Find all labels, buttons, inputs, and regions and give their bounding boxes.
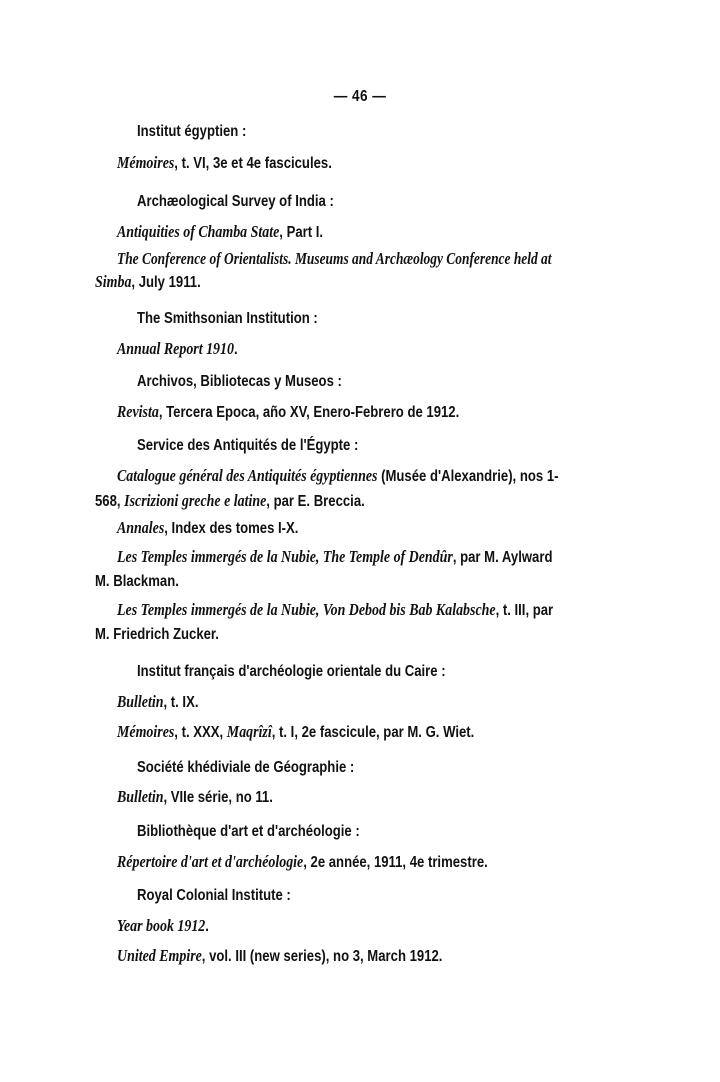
entry: Antiquities of Chamba State, Part I. [117, 222, 323, 243]
entry: Catalogue général des Antiquités égyptie… [117, 466, 558, 487]
entry: Mémoires, t. VI, 3e et 4e fascicules. [117, 153, 332, 174]
entry-title: Year book 1912 [117, 916, 205, 935]
entry: Annual Report 1910. [117, 339, 238, 360]
entry-details: , t. I, 2e fascicule, par M. G. Wiet. [272, 724, 475, 741]
entry-title: Catalogue général des Antiquités égyptie… [117, 466, 377, 485]
entry-title: Maqrîzî [227, 722, 272, 741]
entry-title: Annual Report 1910 [117, 339, 234, 358]
entry-title: Mémoires [117, 722, 174, 741]
section-heading: Institut égyptien : [137, 122, 246, 142]
entry-details: , July 1911. [131, 274, 200, 291]
section-heading: Institut français d'archéologie oriental… [137, 662, 446, 682]
entry-title: Les Temples immergés de la Nubie, Von De… [117, 600, 496, 619]
entry-details: , par E. Breccia. [266, 493, 364, 510]
entry-title: The Conference of Orientalists. Museums … [117, 249, 552, 268]
entry-title: Revista [117, 402, 159, 421]
entry-title: Annales [117, 518, 164, 537]
entry-continuation: M. Friedrich Zucker. [95, 625, 219, 645]
entry: Les Temples immergés de la Nubie, Von De… [117, 600, 553, 621]
entry-details: 568, [95, 493, 124, 510]
entry: Mémoires, t. XXX, Maqrîzî, t. I, 2e fasc… [117, 722, 474, 743]
entry-details: , t. VI, 3e et 4e fascicules. [174, 155, 332, 172]
entry: Annales, Index des tomes I-X. [117, 518, 298, 539]
entry-details: , t. IX. [163, 694, 198, 711]
entry: Year book 1912. [117, 916, 209, 937]
entry: Revista, Tercera Epoca, año XV, Enero-Fe… [117, 402, 459, 423]
entry-title: Antiquities of Chamba State [117, 222, 279, 241]
entry-details: , par M. Aylward [453, 549, 553, 566]
entry-details: . [205, 918, 209, 935]
entry-title: Répertoire d'art et d'archéologie [117, 852, 303, 871]
entry-title: Simba [95, 272, 131, 291]
entry-title: Bulletin [117, 787, 163, 806]
section-heading: The Smithsonian Institution : [137, 309, 318, 329]
section-heading: Société khédiviale de Géographie : [137, 758, 354, 778]
entry-details: , Index des tomes I-X. [164, 520, 298, 537]
entry-title: Mémoires [117, 153, 174, 172]
entry-details: . [234, 341, 238, 358]
entry-details: , vol. III (new series), no 3, March 191… [202, 948, 443, 965]
entry-details: (Musée d'Alexandrie), nos 1- [377, 468, 558, 485]
entry: Répertoire d'art et d'archéologie, 2e an… [117, 852, 488, 873]
document-page: — 46 — Institut égyptien : Mémoires, t. … [0, 0, 720, 1082]
section-heading: Royal Colonial Institute : [137, 886, 291, 906]
entry-title: Iscrizioni greche e latine [124, 491, 266, 510]
entry: Bulletin, t. IX. [117, 692, 198, 713]
entry-continuation: Simba, July 1911. [95, 272, 201, 293]
entry: Bulletin, VIIe série, no 11. [117, 787, 273, 808]
entry: The Conference of Orientalists. Museums … [117, 249, 552, 270]
section-heading: Bibliothèque d'art et d'archéologie : [137, 822, 360, 842]
entry-details: , 2e année, 1911, 4e trimestre. [303, 854, 488, 871]
entry: United Empire, vol. III (new series), no… [117, 946, 442, 967]
page-number: — 46 — [54, 88, 666, 106]
entry-details: , Part I. [279, 224, 323, 241]
section-heading: Archæological Survey of India : [137, 192, 334, 212]
entry-title: United Empire [117, 946, 202, 965]
entry-continuation: M. Blackman. [95, 572, 179, 592]
entry-title: Les Temples immergés de la Nubie, The Te… [117, 547, 453, 566]
entry-details: , VIIe série, no 11. [163, 789, 272, 806]
entry-continuation: 568, Iscrizioni greche e latine, par E. … [95, 491, 365, 512]
entry-title: Bulletin [117, 692, 163, 711]
entry: Les Temples immergés de la Nubie, The Te… [117, 547, 552, 568]
entry-details: , t. III, par [496, 602, 554, 619]
section-heading: Service des Antiquités de l'Égypte : [137, 436, 358, 456]
section-heading: Archivos, Bibliotecas y Museos : [137, 372, 342, 392]
entry-details: , Tercera Epoca, año XV, Enero-Febrero d… [159, 404, 459, 421]
entry-details: , t. XXX, [174, 724, 226, 741]
